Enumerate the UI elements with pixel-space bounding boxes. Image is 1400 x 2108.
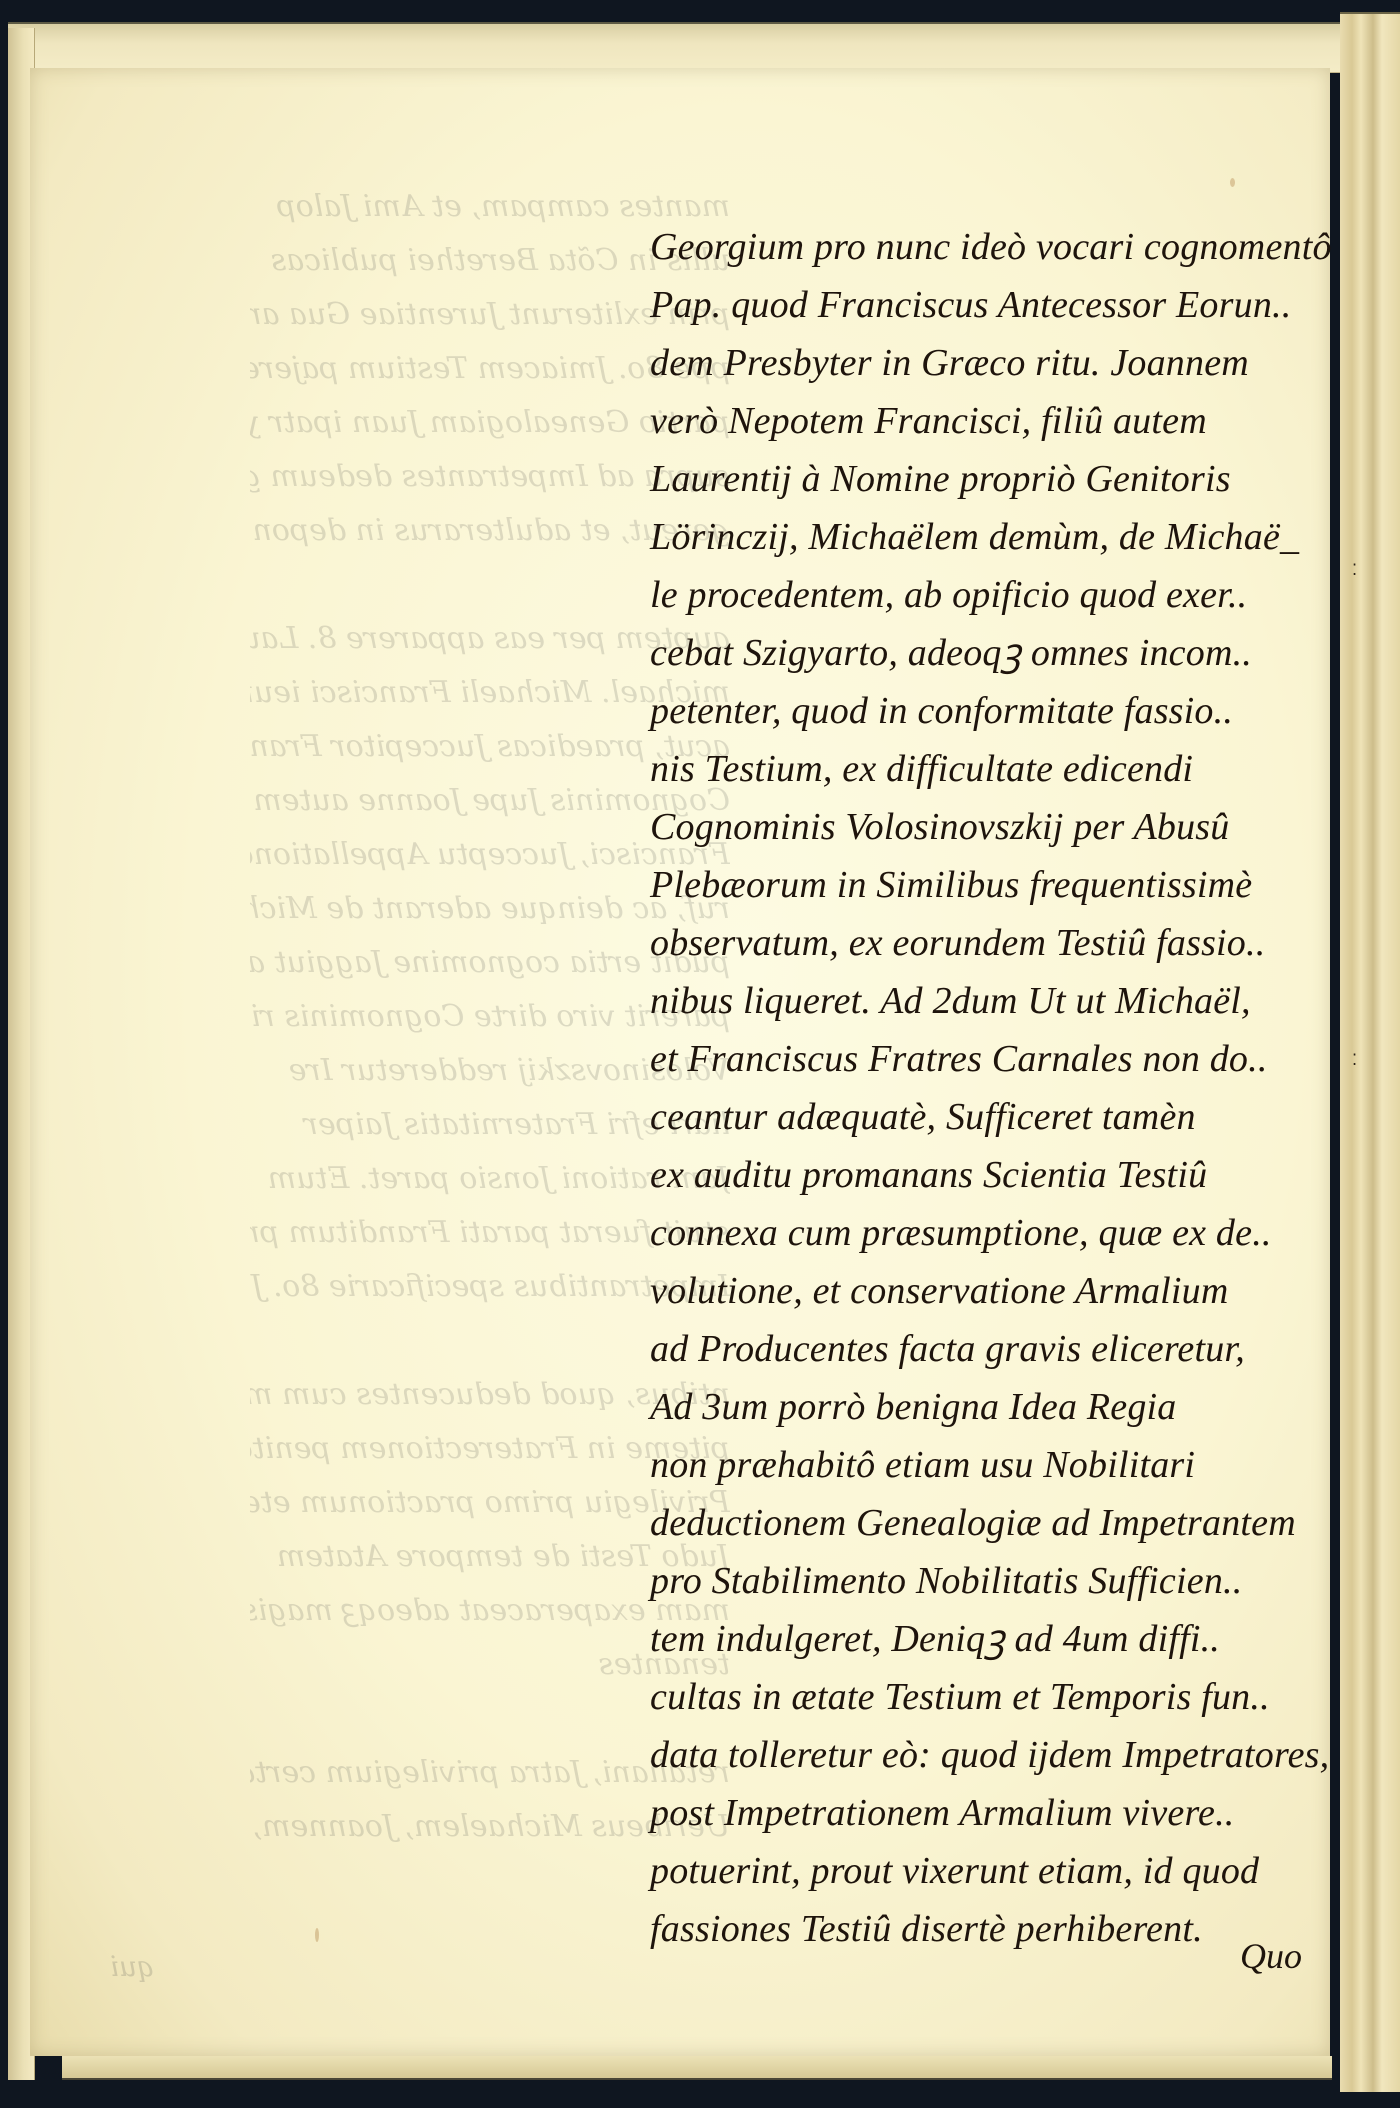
text-line: post Impetrationem Armalium vivere.. xyxy=(650,1784,1350,1842)
manuscript-scan: mantes campam, et Ami Jalop ullis in Cõt… xyxy=(0,0,1400,2108)
text-line: Cognominis Volosinovszkij per Abusû xyxy=(650,798,1350,856)
text-line: cebat Szigyarto, adeoqꝫ omnes incom.. xyxy=(650,624,1350,682)
catchword: Quo xyxy=(1240,1935,1302,1977)
text-line: data tolleretur eò: quod ijdem Impetrato… xyxy=(650,1726,1350,1784)
ink-stain xyxy=(315,1928,319,1942)
text-line: Georgium pro nunc ideò vocari cognomentô xyxy=(650,218,1350,276)
ink-stain xyxy=(1230,178,1235,187)
margin-ink-mark: ⁚ xyxy=(1352,1050,1357,1069)
text-line: et Franciscus Fratres Carnales non do.. xyxy=(650,1030,1350,1088)
text-line: ad Producentes facta gravis eliceretur, xyxy=(650,1320,1350,1378)
text-line: dem Presbyter in Græco ritu. Joannem xyxy=(650,334,1350,392)
text-line: nibus liqueret. Ad 2dum Ut ut Michaël, xyxy=(650,972,1350,1030)
manuscript-text: Georgium pro nunc ideò vocari cognomentô… xyxy=(650,218,1350,1958)
text-line: verò Nepotem Francisci, filiû autem xyxy=(650,392,1350,450)
reverse-side-catchword: qui xyxy=(110,1950,155,1983)
text-line: Plebæorum in Similibus frequentissimè xyxy=(650,856,1350,914)
text-line: connexa cum præsumptione, quæ ex de.. xyxy=(650,1204,1350,1262)
text-line: volutione, et conservatione Armalium xyxy=(650,1262,1350,1320)
text-line: Pap. quod Franciscus Antecessor Eorun.. xyxy=(650,276,1350,334)
text-line: petenter, quod in conformitate fassio.. xyxy=(650,682,1350,740)
text-line: cultas in ætate Testium et Temporis fun.… xyxy=(650,1668,1350,1726)
text-line: nis Testium, ex difficultate edicendi xyxy=(650,740,1350,798)
text-line: Ad 3um porrò benigna Idea Regia xyxy=(650,1378,1350,1436)
text-line: deductionem Genealogiæ ad Impetrantem xyxy=(650,1494,1350,1552)
text-line: Laurentij à Nomine propriò Genitoris xyxy=(650,450,1350,508)
text-line: ex auditu promanans Scientia Testiû xyxy=(650,1146,1350,1204)
page-stack-top-edge xyxy=(8,22,1348,73)
text-line: observatum, ex eorundem Testiû fassio.. xyxy=(650,914,1350,972)
text-line: tem indulgeret, Deniqꝫ ad 4um diffi.. xyxy=(650,1610,1350,1668)
text-line: non præhabitô etiam usu Nobilitari xyxy=(650,1436,1350,1494)
text-line: Lörinczij, Michaëlem demùm, de Michaë_ xyxy=(650,508,1350,566)
margin-ink-mark: ⁚ xyxy=(1352,560,1357,579)
text-line: ceantur adæquatè, Sufficeret tamèn xyxy=(650,1088,1350,1146)
text-line: pro Stabilimento Nobilitatis Sufficien.. xyxy=(650,1552,1350,1610)
text-line: le procedentem, ab opificio quod exer.. xyxy=(650,566,1350,624)
page-stack-bottom-edge xyxy=(62,2056,1332,2080)
text-line: potuerint, prout vixerunt etiam, id quod xyxy=(650,1842,1350,1900)
